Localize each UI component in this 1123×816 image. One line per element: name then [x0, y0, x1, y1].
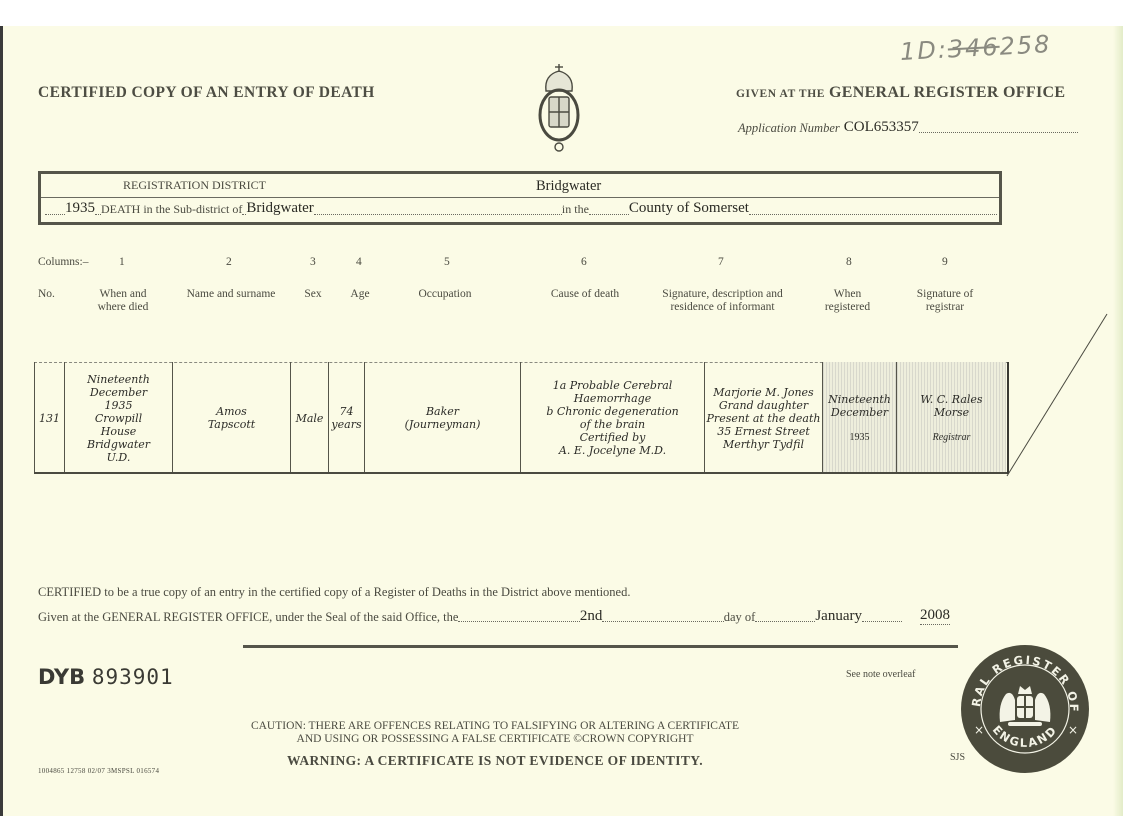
column-number-5: 5: [444, 256, 450, 268]
header-no: No.: [38, 288, 68, 301]
header-when-registered: When registered: [815, 288, 880, 314]
void-diagonal-line: [1005, 310, 1110, 480]
header-when-where-died: When and where died: [90, 288, 156, 314]
issuing-office-heading: GIVEN AT THE GENERAL REGISTER OFFICE: [736, 84, 1065, 102]
general-register-office-seal-icon: GENERAL REGISTER OFFICE ENGLAND × ×: [960, 644, 1090, 774]
dotted-leader: [314, 214, 562, 215]
death-entry-row: 131 Nineteenth December 1935 Crowpill Ho…: [34, 362, 1008, 472]
given-day: 2nd: [580, 608, 603, 625]
county-label: in the: [562, 202, 589, 217]
subdistrict-value: Bridgwater: [246, 200, 313, 217]
entry-age: 74 years: [328, 362, 364, 474]
certification-statement: CERTIFIED to be a true copy of an entry …: [38, 585, 630, 600]
entry-cause-of-death: 1a Probable Cerebral Haemorrhage b Chron…: [520, 362, 704, 474]
column-number-7: 7: [718, 256, 724, 268]
registration-district-label: REGISTRATION DISTRICT: [123, 178, 266, 193]
entry-informant: Marjorie M. Jones Grand daughter Present…: [704, 362, 822, 474]
registration-district-value: Bridgwater: [536, 178, 601, 195]
day-of-label: day of: [724, 610, 756, 625]
dotted-leader: [458, 621, 579, 622]
header-age: Age: [340, 288, 380, 301]
entry-when-where-died: Nineteenth December 1935 Crowpill House …: [64, 362, 172, 474]
dotted-leader: [919, 132, 1078, 133]
entry-bottom-rule: [34, 472, 1008, 474]
given-year: 2008: [920, 607, 950, 625]
box-divider: [41, 197, 999, 198]
print-reference: 1004865 12758 02/07 3MSPSL 016574: [38, 767, 159, 775]
dotted-leader: [589, 214, 629, 215]
signature-rule: [243, 645, 958, 648]
serial-number: 893901: [92, 665, 174, 689]
given-at-office: GENERAL REGISTER OFFICE: [829, 84, 1065, 101]
header-cause-of-death: Cause of death: [530, 288, 640, 301]
dotted-leader: [862, 621, 902, 622]
svg-text:×: ×: [974, 723, 984, 737]
column-number-8: 8: [846, 256, 852, 268]
entry-when-registered: Nineteenth December 1935: [822, 362, 896, 474]
svg-text:×: ×: [1068, 723, 1078, 737]
column-number-3: 3: [310, 256, 316, 268]
column-number-2: 2: [226, 256, 232, 268]
dotted-leader: [755, 621, 815, 622]
registration-year: 1935: [65, 200, 95, 217]
header-sex: Sex: [296, 288, 330, 301]
header-occupation: Occupation: [400, 288, 490, 301]
certificate-serial: DYB 893901: [38, 665, 174, 689]
header-name: Name and surname: [176, 288, 286, 301]
column-number-4: 4: [356, 256, 362, 268]
serial-prefix: DYB: [38, 665, 85, 689]
application-number-value: COL653357: [844, 119, 919, 136]
column-number-6: 6: [581, 256, 587, 268]
given-at-prefix: GIVEN AT THE: [736, 88, 825, 100]
county-value: County of Somerset: [629, 200, 749, 217]
given-month: January: [815, 608, 862, 625]
column-number-1: 1: [119, 256, 125, 268]
entry-occupation: Baker (Journeyman): [364, 362, 520, 474]
given-text: Given at the GENERAL REGISTER OFFICE, un…: [38, 610, 458, 625]
document-title: CERTIFIED COPY OF AN ENTRY OF DEATH: [38, 84, 375, 102]
given-date-line: Given at the GENERAL REGISTER OFFICE, un…: [38, 607, 950, 625]
entry-sex: Male: [290, 362, 328, 474]
subdistrict-line: 1935 DEATH in the Sub-district of Bridgw…: [45, 200, 997, 217]
see-note-overleaf: See note overleaf: [846, 669, 915, 680]
application-number-label: Application Number: [738, 121, 840, 136]
header-registrar: Signature of registrar: [905, 288, 985, 314]
scan-edge: [1113, 26, 1123, 816]
registration-district-box: REGISTRATION DISTRICT Bridgwater 1935 DE…: [38, 171, 1002, 225]
royal-crest-icon: [536, 63, 582, 153]
columns-label: Columns:–: [38, 256, 88, 268]
entry-no: 131: [34, 362, 64, 474]
header-informant: Signature, description and residence of …: [655, 288, 790, 314]
dotted-leader: [45, 214, 65, 215]
caution-notice: CAUTION: THERE ARE OFFENCES RELATING TO …: [230, 720, 760, 746]
application-number-row: Application Number COL653357: [738, 119, 1078, 136]
entry-name: Amos Tapscott: [172, 362, 290, 474]
dotted-leader: [749, 214, 997, 215]
subdistrict-label: DEATH in the Sub-district of: [101, 202, 242, 217]
column-number-9: 9: [942, 256, 948, 268]
scan-edge: [0, 26, 3, 816]
identity-warning: WARNING: A CERTIFICATE IS NOT EVIDENCE O…: [230, 753, 760, 769]
entry-registrar-signature: W. C. Rales Morse Registrar: [896, 362, 1006, 474]
dotted-leader: [602, 621, 723, 622]
